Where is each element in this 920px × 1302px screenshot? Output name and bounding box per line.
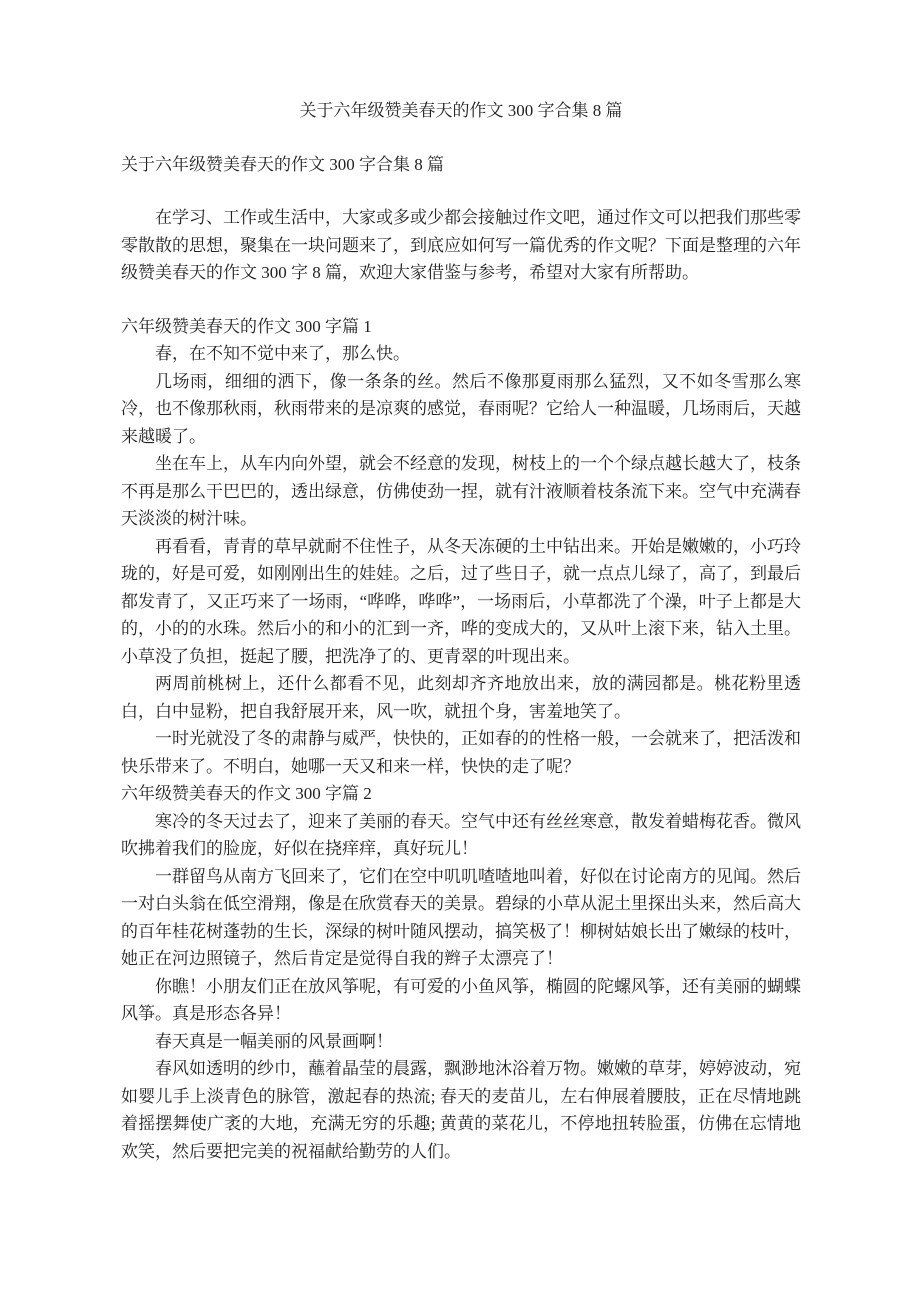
document-title-left: 关于六年级赞美春天的作文 300 字合集 8 篇 (121, 151, 801, 179)
section-1-paragraph: 一时光就没了冬的肃静与威严，快快的，正如春的的性格一般，一会就来了，把活泼和快乐… (121, 725, 801, 780)
document-title-centered: 关于六年级赞美春天的作文 300 字合集 8 篇 (121, 97, 801, 125)
blank-line (121, 287, 801, 313)
document-page: 关于六年级赞美春天的作文 300 字合集 8 篇 关于六年级赞美春天的作文 30… (0, 0, 920, 1302)
section-1-paragraph: 坐在车上，从车内向外望，就会不经意的发现，树枝上的一个个绿点越长越大了，枝条不再… (121, 450, 801, 533)
section-2-paragraph: 你瞧！小朋友们正在放风筝呢，有可爱的小鱼风筝，椭圆的陀螺风筝，还有美丽的蝴蝶风筝… (121, 973, 801, 1028)
section-1-paragraph: 几场雨，细细的洒下，像一条条的丝。然后不像那夏雨那么猛烈，又不如冬雪那么寒冷，也… (121, 368, 801, 451)
section-1-paragraph: 春，在不知不觉中来了，那么快。 (121, 340, 801, 368)
section-2-paragraph: 春天真是一幅美丽的风景画啊！ (121, 1028, 801, 1056)
section-2-paragraph: 春风如透明的纱巾，蘸着晶莹的晨露，飘渺地沐浴着万物。嫩嫩的草芽，婷婷波动，宛如婴… (121, 1055, 801, 1165)
blank-line (121, 178, 801, 204)
section-1-paragraph: 再看看，青青的草早就耐不住性子，从冬天冻硬的土中钻出来。开始是嫩嫩的，小巧玲珑的… (121, 533, 801, 671)
section-2-paragraph: 一群留鸟从南方飞回来了，它们在空中叽叽喳喳地叫着，好似在讨论南方的见闻。然后一对… (121, 863, 801, 973)
section-2-heading: 六年级赞美春天的作文 300 字篇 2 (121, 780, 801, 808)
section-1-paragraph: 两周前桃树上，还什么都看不见，此刻却齐齐地放出来，放的满园都是。桃花粉里透白，白… (121, 670, 801, 725)
intro-paragraph: 在学习、工作或生活中，大家或多或少都会接触过作文吧，通过作文可以把我们那些零零散… (121, 204, 801, 287)
section-2-paragraph: 寒冷的冬天过去了，迎来了美丽的春天。空气中还有丝丝寒意，散发着蜡梅花香。微风吹拂… (121, 808, 801, 863)
section-1-heading: 六年级赞美春天的作文 300 字篇 1 (121, 313, 801, 341)
blank-line (121, 125, 801, 151)
